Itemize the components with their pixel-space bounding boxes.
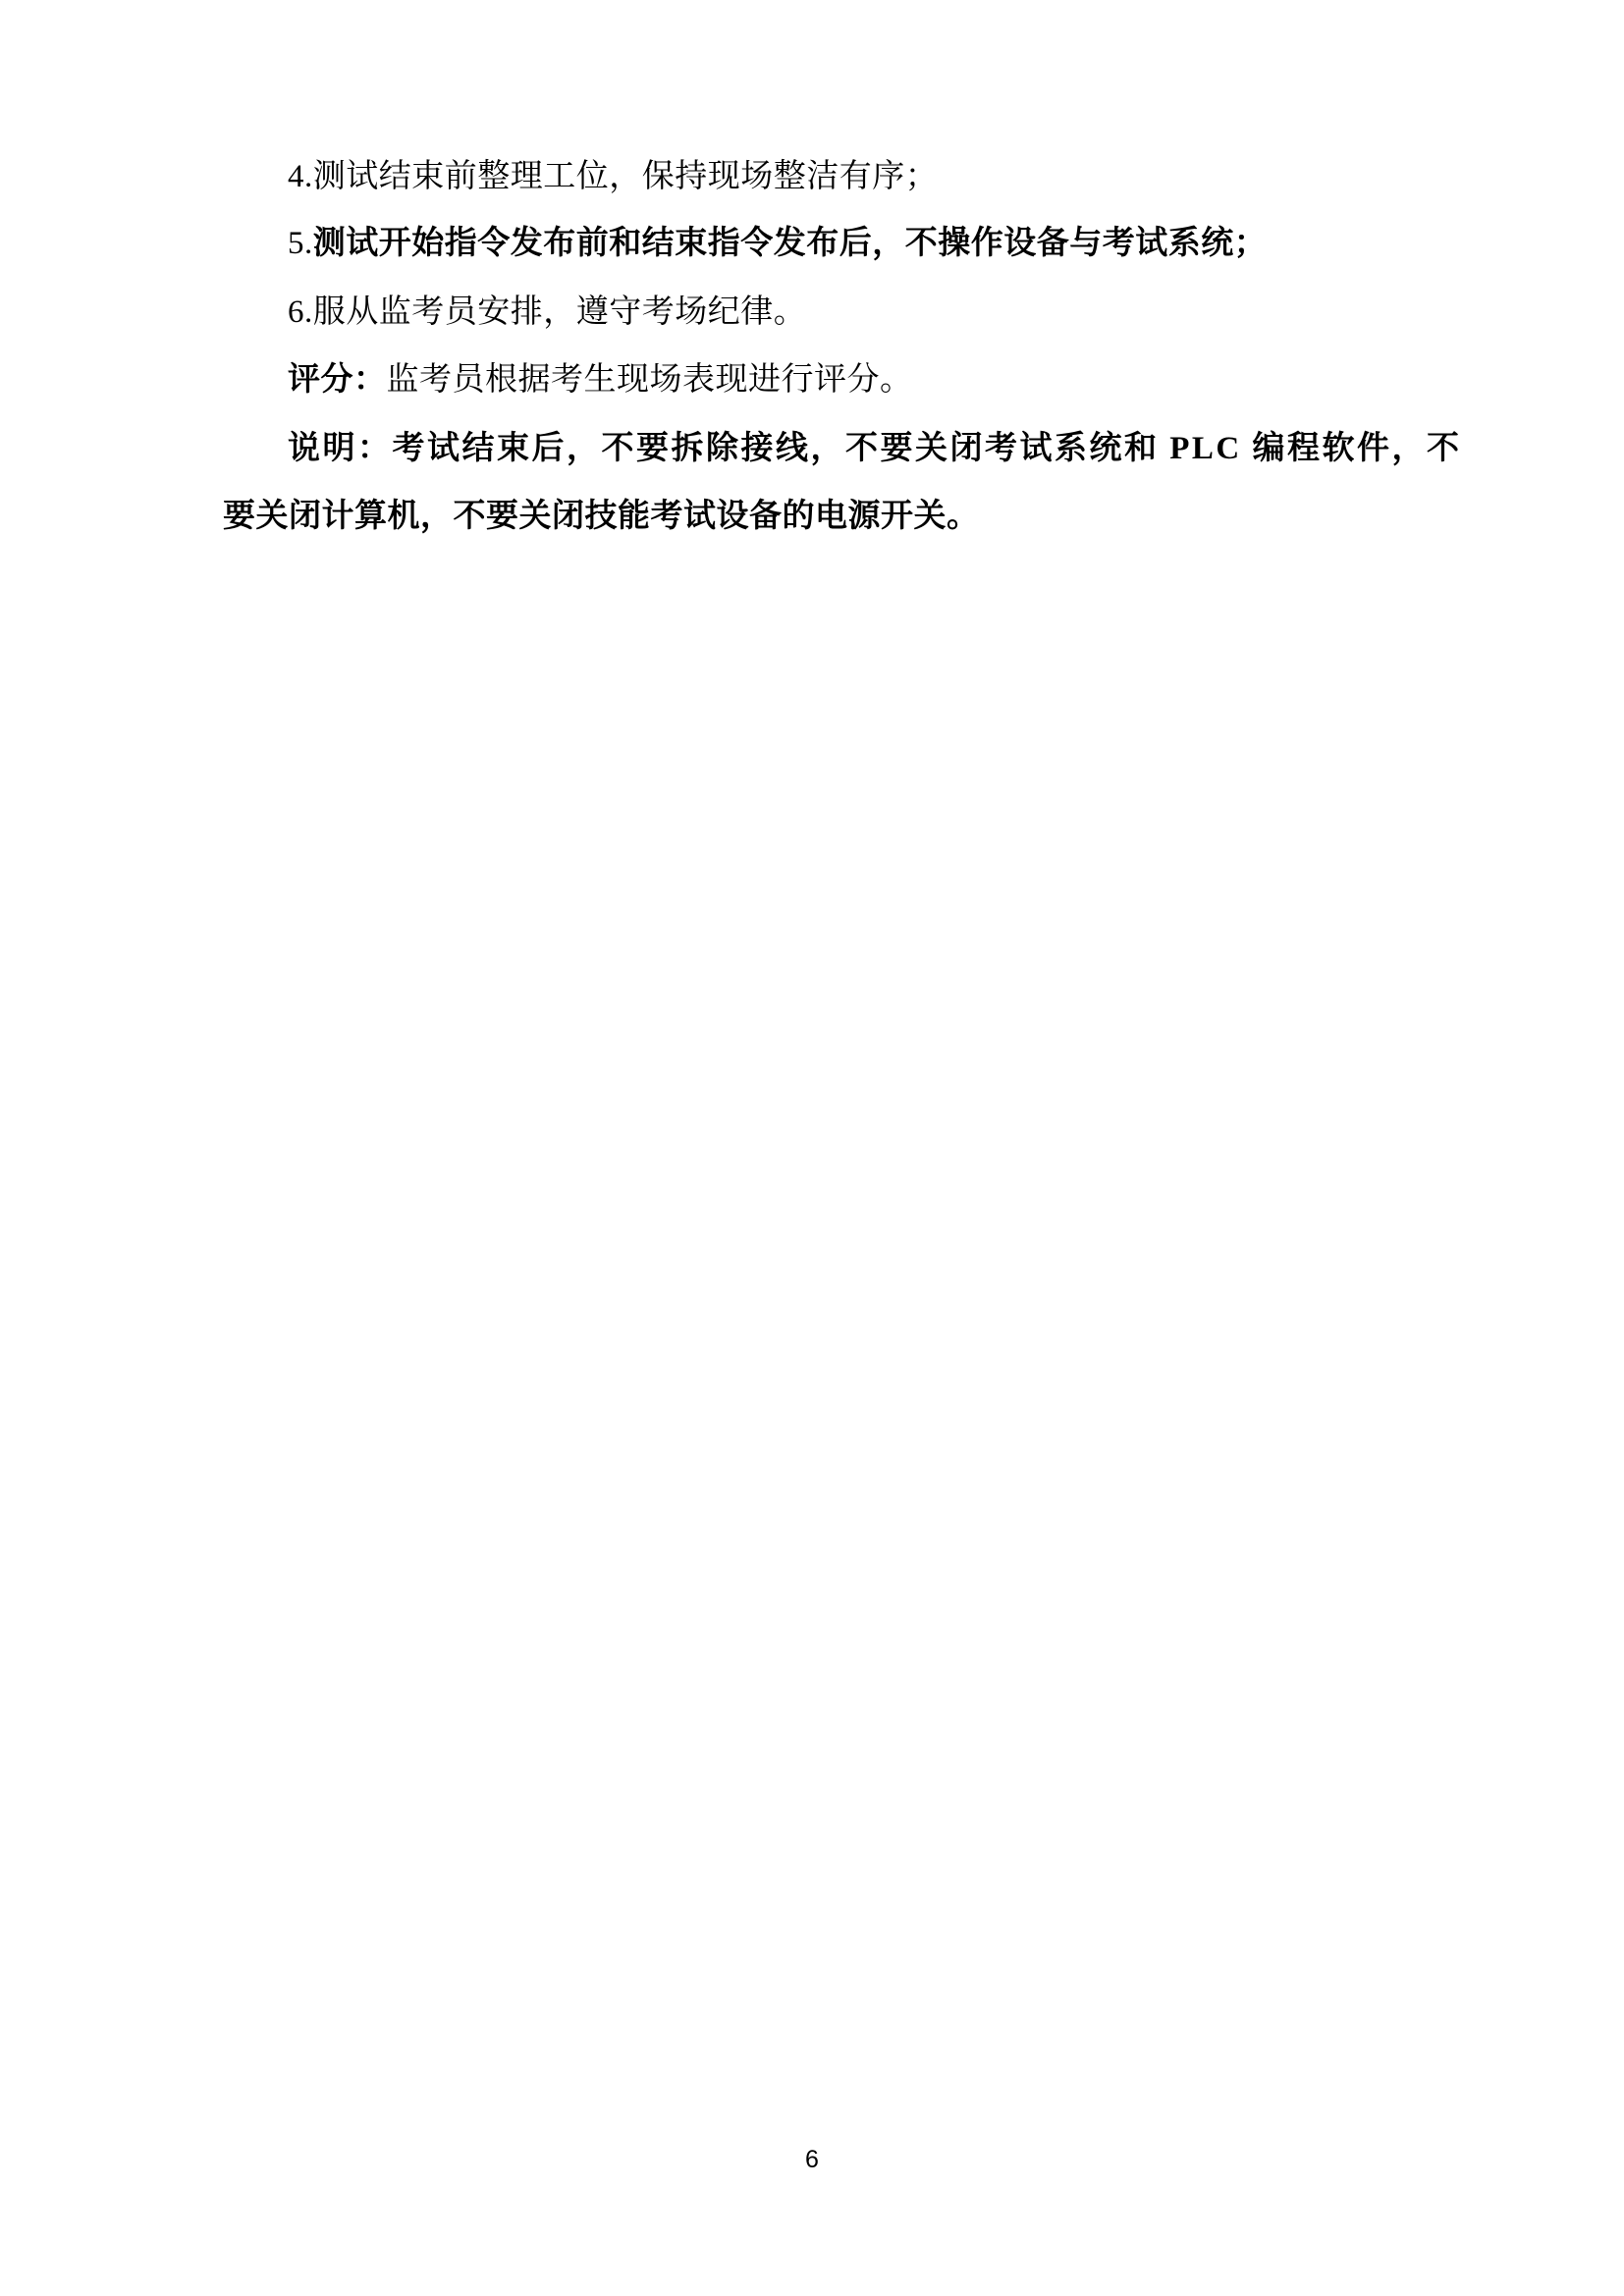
note-line-2-text: 要关闭计算机，不要关闭技能考试设备的电源开关。 [223, 499, 980, 534]
note-line-1: 说明：考试结束后，不要拆除接线，不要关闭考试系统和 PLC 编程软件，不 [288, 430, 1462, 467]
list-item-4-number: 4. [288, 159, 313, 194]
note-line-1-text: 考试结束后，不要拆除接线，不要关闭考试系统和 PLC 编程软件，不 [393, 431, 1462, 466]
list-item-5: 5.测试开始指令发布前和结束指令发布后，不操作设备与考试系统； [288, 225, 1267, 262]
list-item-6: 6.服从监考员安排，遵守考场纪律。 [288, 294, 806, 331]
document-page: 4.测试结束前整理工位，保持现场整洁有序； 5.测试开始指令发布前和结束指令发布… [0, 0, 1624, 2296]
note-label: 说明： [288, 431, 393, 466]
scoring-line: 评分：监考员根据考生现场表现进行评分。 [288, 361, 913, 399]
scoring-text: 监考员根据考生现场表现进行评分。 [387, 362, 913, 398]
scoring-label: 评分： [288, 362, 387, 398]
list-item-6-number: 6. [288, 294, 313, 330]
list-item-4: 4.测试结束前整理工位，保持现场整洁有序； [288, 158, 938, 195]
page-number: 6 [805, 2146, 819, 2173]
list-item-6-text: 服从监考员安排，遵守考场纪律。 [313, 294, 807, 330]
list-item-4-text: 测试结束前整理工位，保持现场整洁有序； [313, 159, 939, 194]
list-item-5-number: 5. [288, 226, 313, 261]
note-line-2: 要关闭计算机，不要关闭技能考试设备的电源开关。 [223, 498, 980, 535]
list-item-5-text: 测试开始指令发布前和结束指令发布后，不操作设备与考试系统； [313, 226, 1268, 261]
page-footer: 6 [0, 2146, 1624, 2173]
